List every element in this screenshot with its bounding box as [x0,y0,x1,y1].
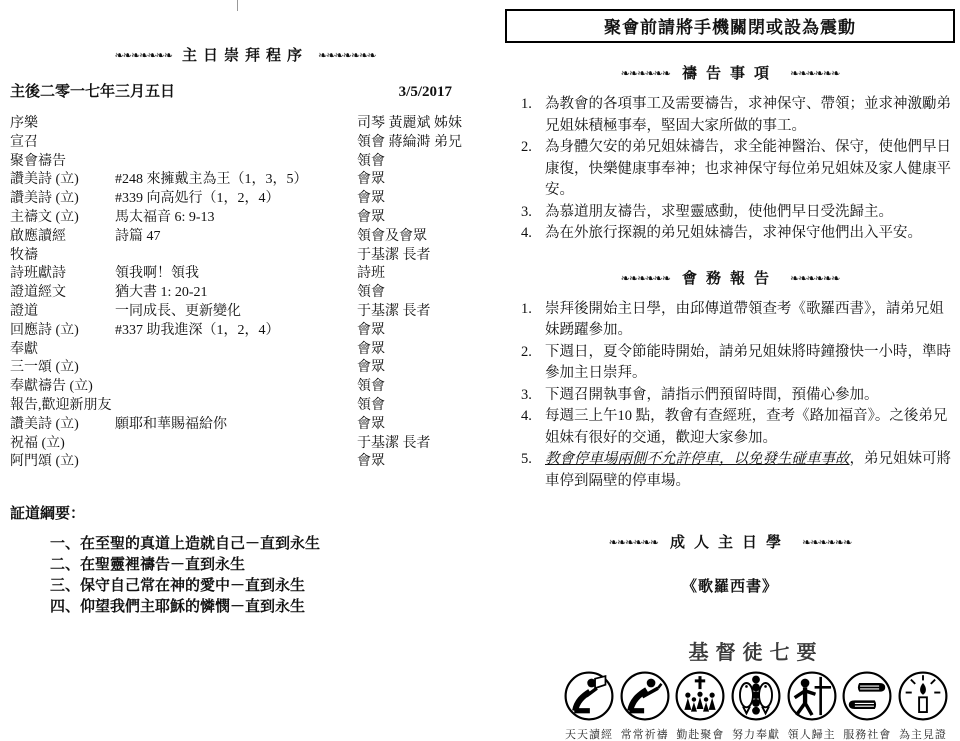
essential-pray: 常常祈禱 [619,670,671,741]
item-text: 為身體欠安的弟兄姐妹禱告，求全能神醫治、保守，使他們早日康復，快樂健康事奉神；也… [545,139,951,198]
program-row: 聚會禱告領會 [10,153,480,172]
item-text: 為慕道朋友禱告，求聖靈感動，使他們早日受洗歸主。 [545,204,893,220]
report-item: 4.每週三上午10 點，教會有查經班，查考《路加福音》。之後弟兄姐妹有很好的交通… [505,406,955,449]
program-detail: #339 向高処行（1，2，4） [115,190,357,209]
floral-ornament-icon: ❧❧❧❧❧❧❧ [318,49,376,62]
program-leader: 詩班 [357,265,480,284]
program-row: 啟應讀經詩篇 47領會及會眾 [10,228,480,247]
seven-essentials-block: 基督徒七要 天天讀經 [563,636,949,741]
program-item: 回應詩 (立) [10,322,115,341]
program-row: 讚美詩 (立)願耶和華賜福給你會眾 [10,416,480,435]
program-item: 牧禱 [10,247,115,266]
item-number: 3. [521,385,532,407]
program-row: 證道經文猶大書 1: 20-21領會 [10,284,480,303]
program-detail: 一同成長、更新變化 [115,303,357,322]
program-detail: 願耶和華賜福給你 [115,416,357,435]
program-item: 讚美詩 (立) [10,190,115,209]
report-items-list: 1.崇拜後開始主日學，由邱傳道帶領查考《歌羅西書》，請弟兄姐妹踴躍參加。 2.下… [505,299,955,493]
item-text: 為教會的各項事工及需要禱告，求神保守、帶領；並求神激勵弟兄姐妹積極事奉，堅固大家… [545,96,951,134]
floral-ornament-icon: ❧❧❧❧❧❧❧ [114,49,172,62]
program-leader: 于基潔 長者 [357,435,480,454]
program-row: 三一頌 (立)會眾 [10,359,480,378]
program-item: 證道經文 [10,284,115,303]
date-chinese: 主後二零一七年三月五日 [10,80,175,101]
page-title: 主日崇拜程序 [182,48,308,64]
essential-lead-to-lord: 領人歸主 [786,670,838,741]
date-numeric: 3/5/2017 [399,84,452,101]
program-detail: #248 來擁戴主為王（1，3，5） [115,171,357,190]
program-detail: 詩篇 47 [115,228,357,247]
program-leader: 領會 [357,397,480,416]
program-row: 牧禱于基潔 長者 [10,247,480,266]
program-row: 序樂司琴 黃麗斌 姊妹 [10,115,480,134]
program-row: 回應詩 (立)#337 助我進深（1，2，4）會眾 [10,322,480,341]
prayer-item: 4.為在外旅行探親的弟兄姐妹禱告，求神保守他們出入平安。 [505,223,955,245]
candle-witness-icon [897,670,949,722]
floral-ornament-icon: ❧❧❧❧❧❧ [609,536,658,549]
sermon-outline-heading: 証道綱要： [10,502,480,523]
program-detail: #337 助我進深（1，2，4） [115,322,357,341]
program-item: 阿門頌 (立) [10,453,115,472]
program-leader: 司琴 黃麗斌 姊妹 [357,115,480,134]
program-item: 啟應讀經 [10,228,115,247]
seven-essentials-title: 基督徒七要 [563,636,949,665]
item-text: 每週三上午10 點，教會有查經班，查考《路加福音》。之後弟兄姐妹有很好的交通，歡… [545,408,947,446]
program-row: 報告,歡迎新朋友領會 [10,397,480,416]
item-number: 1. [521,94,532,116]
program-item: 證道 [10,303,115,322]
item-text: 為在外旅行探親的弟兄姐妹禱告，求神保守他們出入平安。 [545,225,922,241]
program-row: 主禱文 (立)馬太福音 6: 9-13會眾 [10,209,480,228]
sunday-school-book: 《歌羅西書》 [505,575,955,596]
prayer-section-heading: ❧❧❧❧❧❧禱告事項❧❧❧❧❧❧ [505,62,955,83]
program-leader: 領會及會眾 [357,228,480,247]
sunday-school-heading-text: 成人主日學 [670,535,790,551]
page-fold-mark [237,0,238,11]
program-item: 序樂 [10,115,115,134]
seven-essentials-icons-row: 天天讀經 常常祈禱 [563,670,949,741]
item-number: 4. [521,406,532,428]
essential-label: 為主見證 [899,726,947,741]
essential-offering: 努力奉獻 [730,670,782,741]
program-detail [115,115,357,134]
program-leader: 領會 [357,378,480,397]
serving-hands-icon [841,670,893,722]
program-leader: 會眾 [357,209,480,228]
lead-to-lord-icon [786,670,838,722]
prayer-item: 3.為慕道朋友禱告，求聖靈感動，使他們早日受洗歸主。 [505,202,955,224]
prayer-heading-text: 禱告事項 [682,66,778,82]
sunday-school-heading: ❧❧❧❧❧❧成人主日學❧❧❧❧❧❧ [505,531,955,552]
outline-item: 一、在至聖的真道上造就自己－直到永生 [50,534,480,555]
essential-serve-society: 服務社會 [841,670,893,741]
worship-program-title: ❧❧❧❧❧❧❧主日崇拜程序❧❧❧❧❧❧❧ [10,44,480,65]
program-detail [115,153,357,172]
item-number: 3. [521,202,532,224]
program-item: 祝福 (立) [10,435,115,454]
floral-ornament-icon: ❧❧❧❧❧❧ [621,67,670,80]
date-row: 主後二零一七年三月五日 3/5/2017 [10,80,480,101]
church-bulletin-page: ❧❧❧❧❧❧❧主日崇拜程序❧❧❧❧❧❧❧ 主後二零一七年三月五日 3/5/201… [0,0,960,741]
essential-label: 常常祈禱 [621,726,669,741]
program-table: 序樂司琴 黃麗斌 姊妹 宣召領會 蔣綸溡 弟兄 聚會禱告領會 讚美詩 (立)#2… [10,115,480,472]
congregation-cross-icon [674,670,726,722]
program-detail [115,378,357,397]
essential-witness: 為主見證 [897,670,949,741]
fish-loaves-icon [730,670,782,722]
report-item-parking: 5.教會停車場兩側不允許停車，以免發生碰車事故，弟兄姐妹可將車停到隔壁的停車場。 [505,449,955,492]
prayer-item: 2.為身體欠安的弟兄姐妹禱告，求全能神醫治、保守，使他們早日康復，快樂健康事奉神… [505,137,955,202]
floral-ornament-icon: ❧❧❧❧❧❧ [790,272,839,285]
program-item: 報告,歡迎新朋友 [10,397,115,416]
praying-icon [619,670,671,722]
program-item: 奉獻 [10,341,115,360]
program-leader: 會眾 [357,359,480,378]
item-number: 2. [521,137,532,159]
program-item: 讚美詩 (立) [10,416,115,435]
program-detail [115,397,357,416]
prayer-items-list: 1.為教會的各項事工及需要禱告，求神保守、帶領；並求神激勵弟兄姐妹積極事奉，堅固… [505,94,955,245]
program-detail: 猶大書 1: 20-21 [115,284,357,303]
program-item: 主禱文 (立) [10,209,115,228]
program-row: 詩班獻詩領我啊！領我詩班 [10,265,480,284]
program-item: 聚會禱告 [10,153,115,172]
essential-read-bible: 天天讀經 [563,670,615,741]
program-leader: 于基潔 長者 [357,303,480,322]
report-item: 1.崇拜後開始主日學，由邱傳道帶領查考《歌羅西書》，請弟兄姐妹踴躍參加。 [505,299,955,342]
outline-item: 三、保守自己常在神的愛中－直到永生 [50,576,480,597]
item-number: 1. [521,299,532,321]
report-section-heading: ❧❧❧❧❧❧會務報告❧❧❧❧❧❧ [505,267,955,288]
program-leader: 于基潔 長者 [357,247,480,266]
program-leader: 會眾 [357,190,480,209]
phone-notice-box: 聚會前請將手機關閉或設為震動 [505,9,955,43]
program-leader: 領會 蔣綸溡 弟兄 [357,134,480,153]
program-leader: 領會 [357,153,480,172]
program-leader: 會眾 [357,416,480,435]
worship-program-column: ❧❧❧❧❧❧❧主日崇拜程序❧❧❧❧❧❧❧ 主後二零一七年三月五日 3/5/201… [10,44,480,618]
program-item: 奉獻禱告 (立) [10,378,115,397]
sermon-outline-list: 一、在至聖的真道上造就自己－直到永生 二、在聖靈裡禱告－直到永生 三、保守自己常… [10,534,480,618]
report-item: 2.下週日，夏令節能時開始，請弟兄姐妹將時鐘撥快一小時，準時參加主日崇拜。 [505,342,955,385]
program-row: 奉獻禱告 (立)領會 [10,378,480,397]
prayer-item: 1.為教會的各項事工及需要禱告，求神保守、帶領；並求神激勵弟兄姐妹積極事奉，堅固… [505,94,955,137]
floral-ornament-icon: ❧❧❧❧❧❧ [790,67,839,80]
program-row: 讚美詩 (立)#248 來擁戴主為王（1，3，5）會眾 [10,171,480,190]
floral-ornament-icon: ❧❧❧❧❧❧ [621,272,670,285]
essential-label: 服務社會 [843,726,891,741]
item-number: 4. [521,223,532,245]
essential-label: 領人歸主 [788,726,836,741]
report-heading-text: 會務報告 [682,271,778,287]
program-item: 三一頌 (立) [10,359,115,378]
program-detail [115,134,357,153]
essential-label: 天天讀經 [565,726,613,741]
program-leader: 會眾 [357,341,480,360]
item-text: 下週召開執事會，請指示們預留時間，預備心參加。 [545,387,879,403]
program-detail: 馬太福音 6: 9-13 [115,209,357,228]
program-row: 讚美詩 (立)#339 向高処行（1，2，4）會眾 [10,190,480,209]
essential-label: 努力奉獻 [732,726,780,741]
program-row: 祝福 (立)于基潔 長者 [10,435,480,454]
program-item: 宣召 [10,134,115,153]
program-leader: 會眾 [357,453,480,472]
program-detail [115,341,357,360]
program-detail [115,359,357,378]
item-number: 2. [521,342,532,364]
program-detail: 領我啊！領我 [115,265,357,284]
essential-attend-meetings: 勤赴聚會 [674,670,726,741]
outline-item: 四、仰望我們主耶穌的憐憫－直到永生 [50,597,480,618]
program-row: 阿門頌 (立)會眾 [10,453,480,472]
item-number: 5. [521,449,532,471]
program-detail [115,435,357,454]
program-row: 證道一同成長、更新變化于基潔 長者 [10,303,480,322]
program-detail [115,247,357,266]
essential-label: 勤赴聚會 [676,726,724,741]
item-text: 下週日，夏令節能時開始，請弟兄姐妹將時鐘撥快一小時，準時參加主日崇拜。 [545,344,951,382]
program-leader: 會眾 [357,322,480,341]
item-text-emphasized: 教會停車場兩側不允許停車，以免發生碰車事故 [545,451,850,467]
program-detail [115,453,357,472]
floral-ornament-icon: ❧❧❧❧❧❧ [802,536,851,549]
reading-bible-icon [563,670,615,722]
item-text: 崇拜後開始主日學，由邱傳道帶領查考《歌羅西書》，請弟兄姐妹踴躍參加。 [545,301,944,339]
report-item: 3.下週召開執事會，請指示們預留時間，預備心參加。 [505,385,955,407]
program-leader: 領會 [357,284,480,303]
program-item: 詩班獻詩 [10,265,115,284]
program-row: 奉獻會眾 [10,341,480,360]
announcements-column: 聚會前請將手機關閉或設為震動 ❧❧❧❧❧❧禱告事項❧❧❧❧❧❧ 1.為教會的各項… [505,0,955,741]
program-item: 讚美詩 (立) [10,171,115,190]
outline-item: 二、在聖靈裡禱告－直到永生 [50,555,480,576]
program-leader: 會眾 [357,171,480,190]
program-row: 宣召領會 蔣綸溡 弟兄 [10,134,480,153]
